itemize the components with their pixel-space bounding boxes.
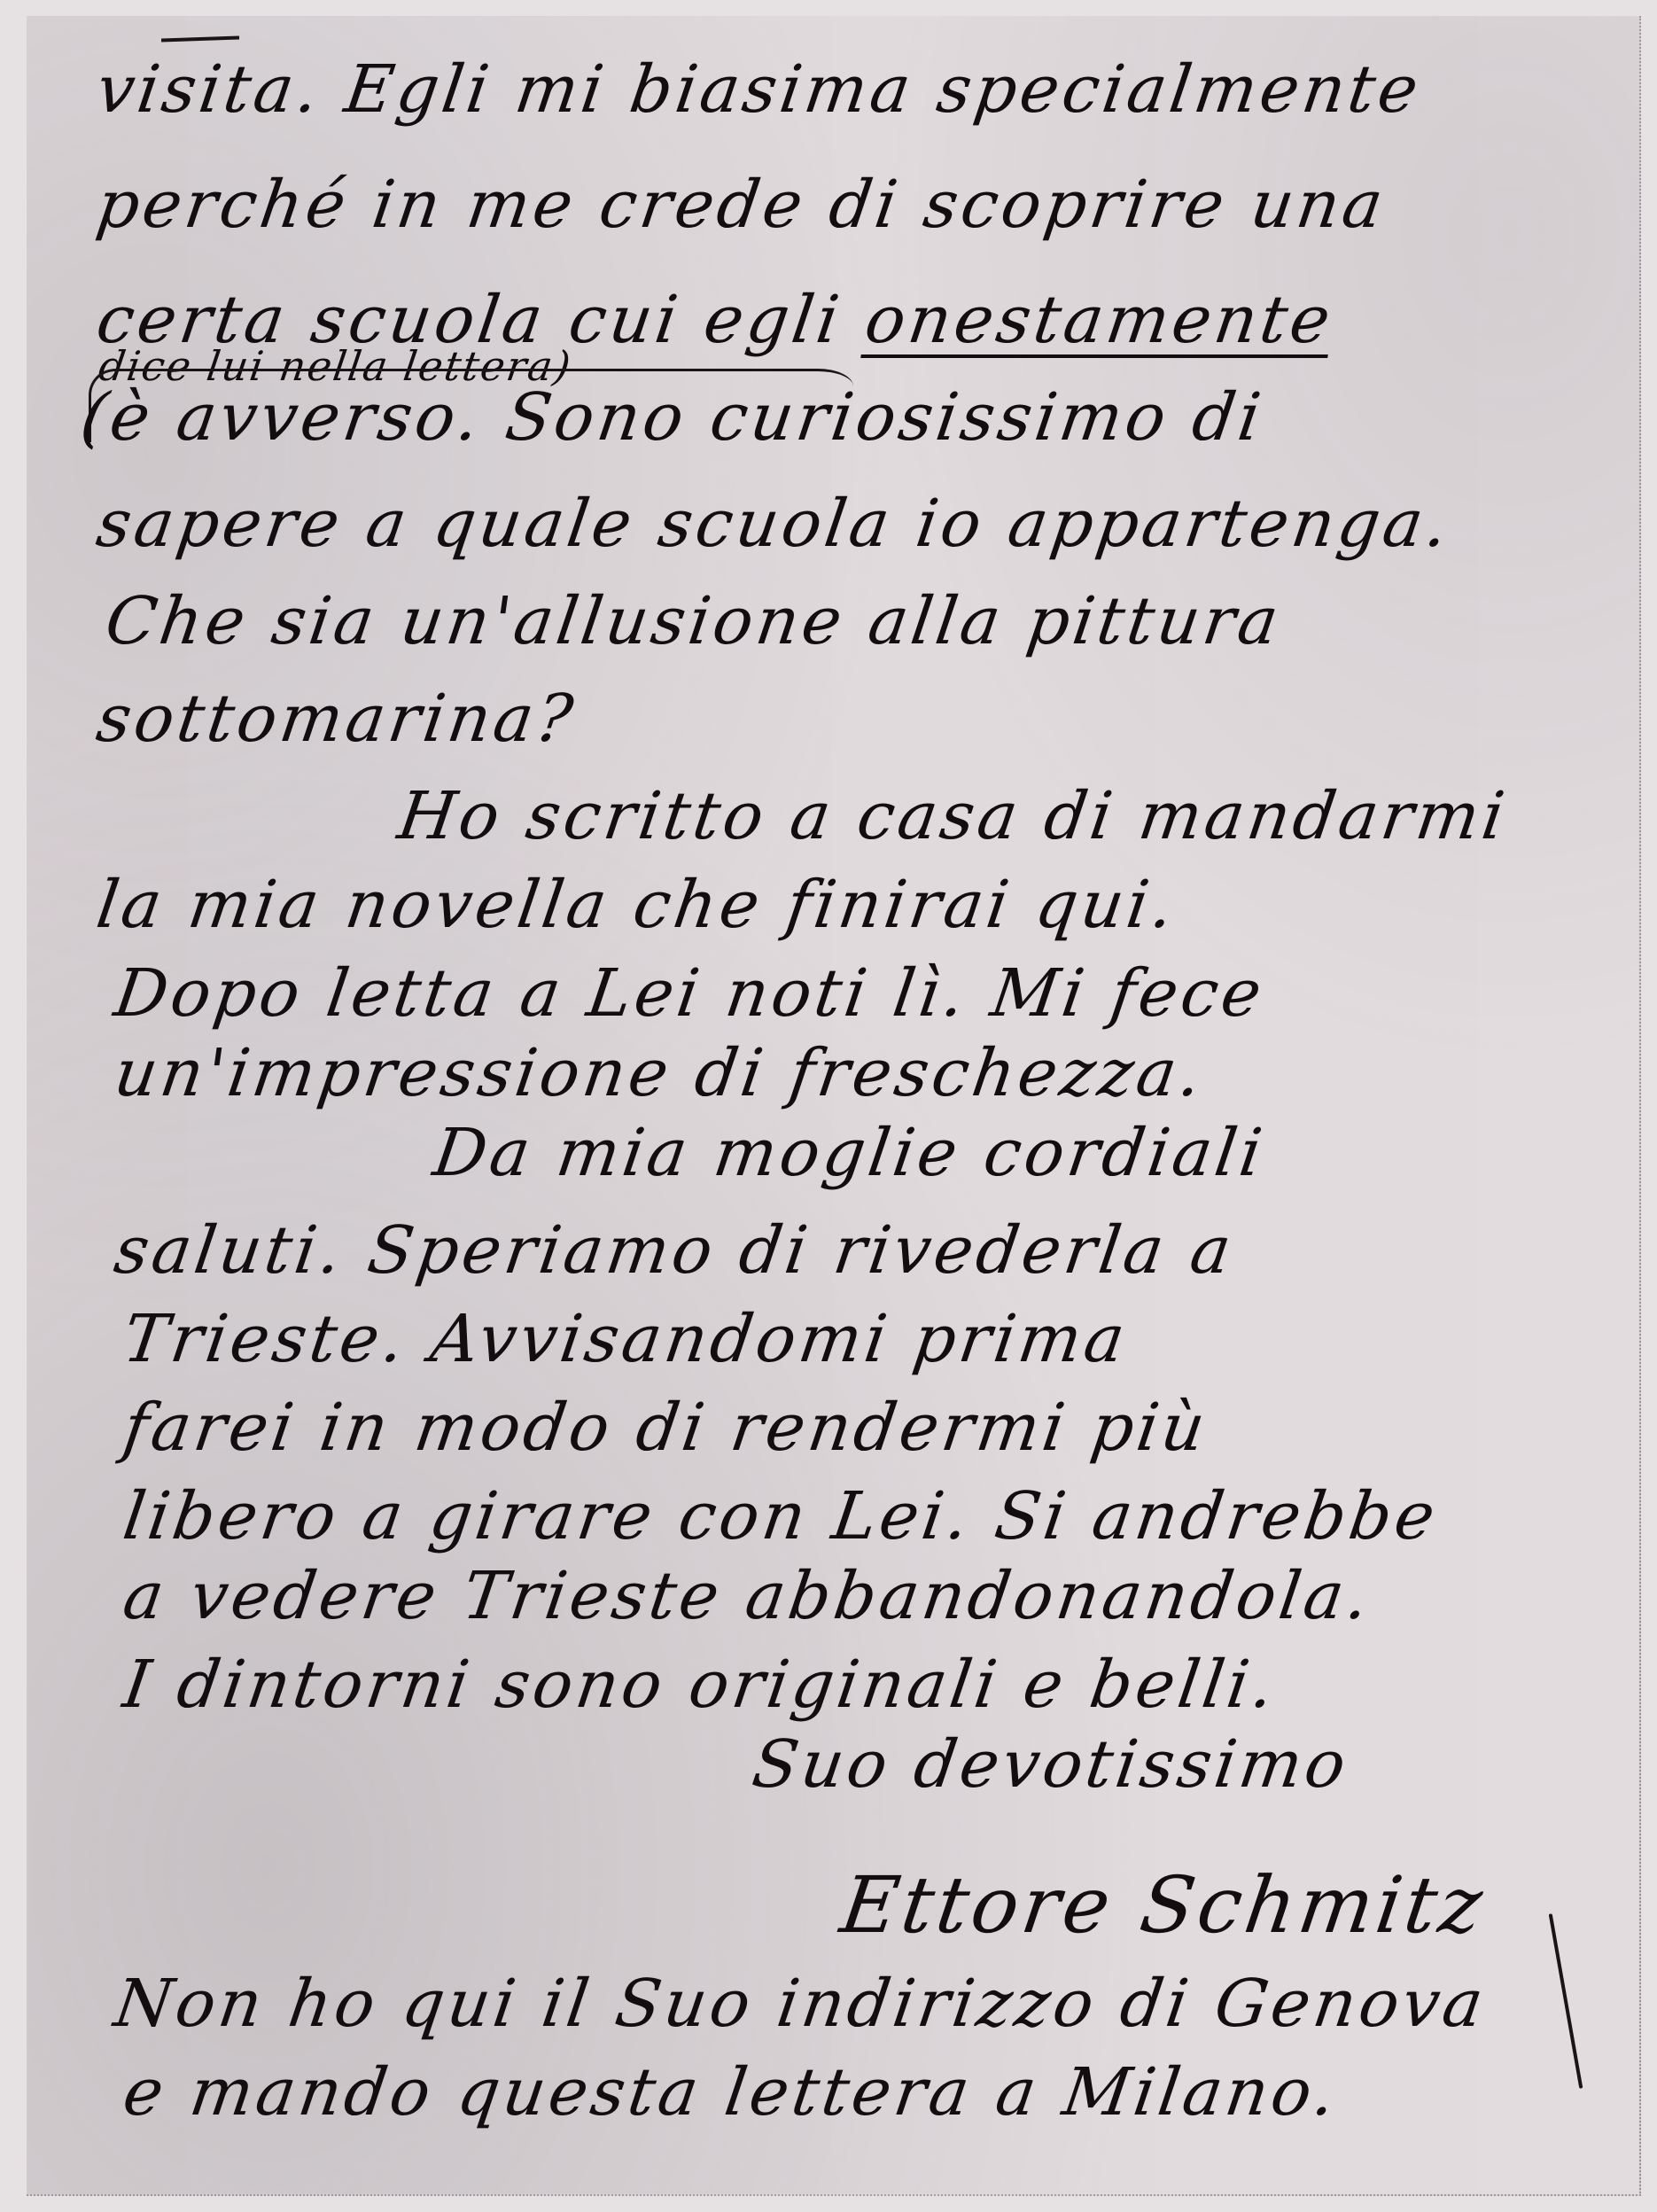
postscript-line-2: e mando questa lettera a Milano. (119, 2054, 1343, 2130)
letter-line-13: Da mia moglie cordiali (429, 1115, 1270, 1191)
page-edge-mark (161, 35, 239, 42)
letter-line-12: un'impressione di freschezza. (110, 1035, 1210, 1111)
letter-line-6: sapere a quale scuola io appartenga. (92, 486, 1456, 562)
signature-flourish-stroke (1549, 1913, 1583, 2089)
letter-line-5: (è avverso. Sono curiosissimo di (76, 379, 1269, 456)
postscript-line-1: Non ho qui il Suo indirizzo di Genova (110, 1966, 1491, 2042)
letter-line-17: libero a girare con Lei. Si andrebbe (119, 1478, 1443, 1554)
letter-page: visita. Egli mi biasima specialmente per… (27, 16, 1641, 2196)
letter-line-11: Dopo letta a Lei noti lì. Mi fece (110, 955, 1270, 1032)
letter-line-14: saluti. Speriamo di rivederla a (110, 1212, 1239, 1289)
letter-line-1: visita. Egli mi biasima specialmente (92, 51, 1427, 128)
letter-line-19: I dintorni sono originali e belli. (119, 1647, 1282, 1723)
letter-line-10: la mia novella che finirai qui. (92, 867, 1181, 943)
letter-line-18: a vedere Trieste abbandonandola. (119, 1558, 1377, 1634)
underlined-word: onestamente (860, 282, 1338, 358)
letter-line-9: Ho scritto a casa di mandarmi (393, 778, 1513, 854)
letter-line-15: Trieste. Avvisandomi prima (119, 1301, 1132, 1377)
letter-line-8: sottomarina? (92, 681, 580, 757)
letter-signature: Ettore Schmitz (836, 1859, 1491, 1951)
letter-line-2: perché in me crede di scoprire una (92, 167, 1391, 243)
letter-line-16: farei in modo di rendermi più (119, 1390, 1213, 1466)
letter-closing: Suo devotissimo (748, 1726, 1354, 1803)
letter-line-7: Che sia un'allusione alla pittura (101, 583, 1287, 659)
